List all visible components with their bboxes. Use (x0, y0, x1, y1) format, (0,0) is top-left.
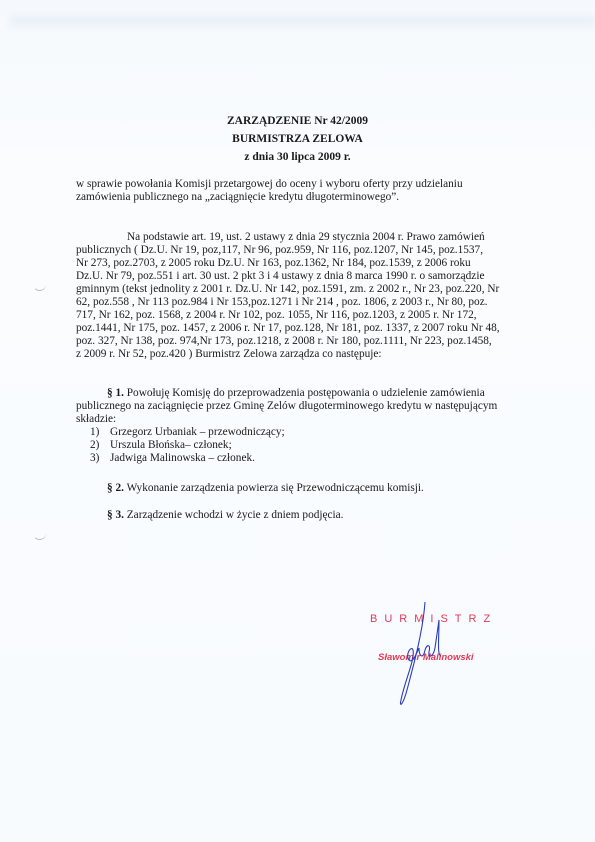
legal-basis-line: 717, Nr 162, poz. 1568, z 2004 r. Nr 102… (76, 309, 477, 322)
document-date: z dnia 30 lipca 2009 r. (0, 151, 595, 164)
section-1-line: § 1. Powołuję Komisję do przeprowadzenia… (107, 387, 485, 400)
legal-basis-line: Dz.U. Nr 79, poz.551 i art. 30 ust. 2 pk… (76, 270, 484, 283)
signature (395, 600, 455, 710)
section-1-line: publicznego na zaciągnięcie przez Gminę … (76, 400, 497, 413)
legal-basis-line: Nr 273, poz.2703, z 2005 roku Dz.U. Nr 1… (76, 257, 471, 270)
member-item: Urszula Błońska– członek; (110, 439, 232, 452)
document-page: ZARZĄDZENIE Nr 42/2009 BURMISTRZA ZELOWA… (0, 0, 595, 842)
punch-hole-mark (33, 527, 46, 540)
legal-basis-line: gminnym (tekst jednolity z 2001 r. Dz.U.… (76, 283, 499, 296)
legal-basis-line: Na podstawie art. 19, ust. 2 ustawy z dn… (127, 231, 485, 244)
punch-hole-mark (33, 278, 46, 291)
member-item: Grzegorz Urbaniak – przewodniczący; (110, 426, 285, 439)
member-item: Jadwiga Malinowska – członek. (110, 452, 255, 465)
legal-basis-line: z 2009 r. Nr 52, poz.420 ) Burmistrz Zel… (76, 348, 382, 361)
document-title: ZARZĄDZENIE Nr 42/2009 (0, 115, 595, 128)
member-number: 2) (90, 439, 99, 452)
member-number: 3) (90, 452, 99, 465)
section-1-line: składzie: (76, 413, 116, 426)
scan-artifact (10, 15, 595, 27)
document-issuer: BURMISTRZA ZELOWA (0, 133, 595, 146)
member-number: 1) (90, 426, 99, 439)
legal-basis-line: poz.1441, Nr 175, poz. 1457, z 2006 r. N… (76, 322, 500, 335)
subject-line: w sprawie powołania Komisji przetargowej… (76, 178, 463, 191)
section-2: § 2. Wykonanie zarządzenia powierza się … (107, 482, 424, 495)
section-3: § 3. Zarządzenie wchodzi w życie z dniem… (107, 509, 344, 522)
subject-line: zamówienia publicznego na „zaciągnięcie … (76, 191, 399, 204)
legal-basis-line: publicznych ( Dz.U. Nr 19, poz,117, Nr 9… (76, 244, 483, 257)
legal-basis-line: 62, poz.558 , Nr 113 poz.984 i Nr 153,po… (76, 296, 488, 309)
legal-basis-line: poz. 327, Nr 138, poz. 974,Nr 173, poz.1… (76, 335, 492, 348)
